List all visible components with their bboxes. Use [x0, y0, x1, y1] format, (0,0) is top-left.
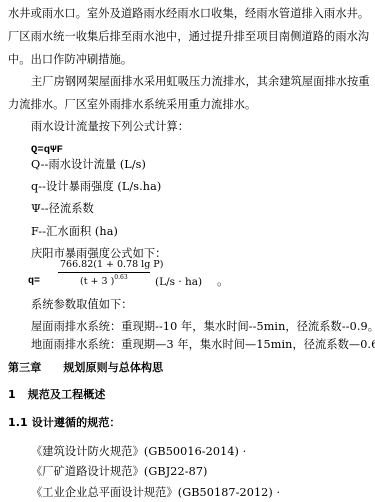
- section-heading: 1规范及工程概述: [8, 388, 105, 402]
- formula-period: 。: [217, 272, 229, 289]
- paragraph-line: 水井或雨水口。室外及道路雨水经雨水口收集，经雨水管道排入雨水井。: [8, 7, 369, 21]
- standard-item: 《建筑设计防火规范》(GB50016-2014) ·: [31, 445, 246, 459]
- formula-q-label: q=: [28, 276, 40, 287]
- chapter-heading: 第三章规划原则与总体构思: [8, 361, 163, 375]
- paragraph-line: 雨水设计流量按下列公式计算：: [31, 120, 189, 134]
- subsection-heading: 1.1 设计遵循的规范：: [8, 416, 121, 430]
- paragraph-line: 主厂房钢网架屋面排水采用虹吸压力流排水，其余建筑屋面排水按重: [31, 75, 370, 89]
- params-intro: 系统参数取值如下：: [31, 298, 133, 312]
- standard-item: 《厂矿道路设计规范》(GBJ22-87): [31, 465, 208, 479]
- formula-definition: F--汇水面积 (ha): [31, 225, 118, 239]
- chapter-number: 第三章: [8, 361, 41, 374]
- paragraph-line: 力流排水。厂区室外雨排水系统采用重力流排水。: [8, 98, 256, 112]
- formula-definition: q--设计暴雨强度 (L/s.ha): [31, 180, 161, 194]
- formula-numerator: 766.82(1 + 0.78 lg P): [60, 259, 163, 270]
- fraction-bar: [58, 272, 150, 273]
- formula-main: Q=qΨF: [31, 143, 63, 157]
- section-number: 1: [8, 388, 16, 401]
- section-title: 规范及工程概述: [28, 388, 106, 401]
- params-ground: 地面雨排水系统：重现期—3 年，集水时间—15min，径流系数—0.65.: [31, 338, 375, 352]
- params-roof: 屋面雨排水系统：重现期--10 年，集水时间--5min，径流系数--0.9。: [31, 320, 375, 334]
- formula-definition: Q--雨水设计流量 (L/s): [31, 158, 146, 172]
- formula-units: (L/s · ha): [155, 276, 202, 288]
- formula-exponent: 0.63: [114, 274, 127, 281]
- formula-definition: Ψ--径流系数: [31, 202, 94, 216]
- paragraph-line: 中。出口作防冲刷措施。: [8, 53, 132, 67]
- chapter-title: 规划原则与总体构思: [63, 361, 163, 374]
- standard-item: 《工业企业总平面设计规范》(GB50187-2012) ·: [31, 486, 280, 500]
- formula-denominator: (t + 3 )0.63: [80, 274, 128, 287]
- paragraph-line: 厂区雨水统一收集后排至雨水池中，通过提升排至项目南侧道路的雨水沟: [8, 30, 369, 44]
- denominator-base: (t + 3 ): [80, 276, 114, 287]
